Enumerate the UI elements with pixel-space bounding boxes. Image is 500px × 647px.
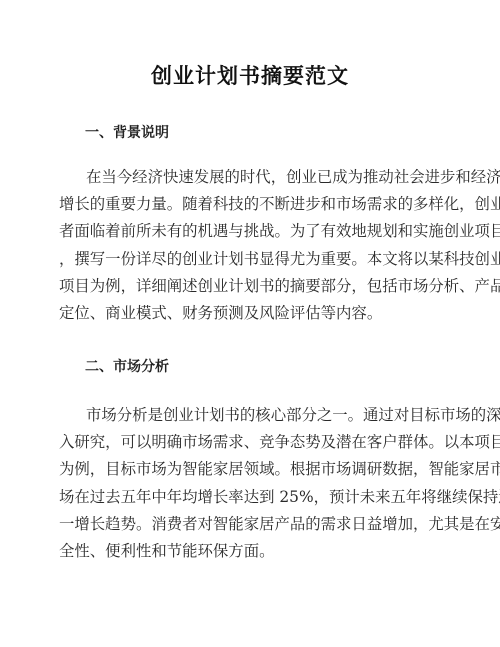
paragraph-line: 项目为例，详细阐述创业计划书的摘要部分，包括市场分析、产品 <box>59 273 443 300</box>
paragraph-line: 全性、便利性和节能环保方面。 <box>59 538 443 565</box>
section-heading-market-analysis: 二、市场分析 <box>85 356 169 376</box>
document-title: 创业计划书摘要范文 <box>0 60 500 90</box>
paragraph-market-analysis: 市场分析是创业计划书的核心部分之一。通过对目标市场的深 入研究，可以明确市场需求… <box>59 402 443 565</box>
document-page: 创业计划书摘要范文 一、背景说明 在当今经济快速发展的时代，创业已成为推动社会进… <box>0 0 500 647</box>
paragraph-line: 为例，目标市场为智能家居领域。根据市场调研数据，智能家居市 <box>59 456 443 483</box>
paragraph-line: 一增长趋势。消费者对智能家居产品的需求日益增加，尤其是在安 <box>59 511 443 538</box>
paragraph-line: 在当今经济快速发展的时代，创业已成为推动社会进步和经济 <box>59 164 443 191</box>
paragraph-line: 市场分析是创业计划书的核心部分之一。通过对目标市场的深 <box>59 402 443 429</box>
paragraph-line: 定位、商业模式、财务预测及风险评估等内容。 <box>59 300 443 327</box>
paragraph-line: 者面临着前所未有的机遇与挑战。为了有效地规划和实施创业项目 <box>59 218 443 245</box>
paragraph-line: 入研究，可以明确市场需求、竞争态势及潜在客户群体。以本项目 <box>59 429 443 456</box>
paragraph-line: 增长的重要力量。随着科技的不断进步和市场需求的多样化，创业 <box>59 191 443 218</box>
paragraph-background: 在当今经济快速发展的时代，创业已成为推动社会进步和经济 增长的重要力量。随着科技… <box>59 164 443 327</box>
section-heading-background: 一、背景说明 <box>85 122 169 142</box>
paragraph-line: ，撰写一份详尽的创业计划书显得尤为重要。本文将以某科技创业 <box>59 246 443 273</box>
paragraph-line: 场在过去五年中年均增长率达到 25%，预计未来五年将继续保持这 <box>59 484 443 511</box>
